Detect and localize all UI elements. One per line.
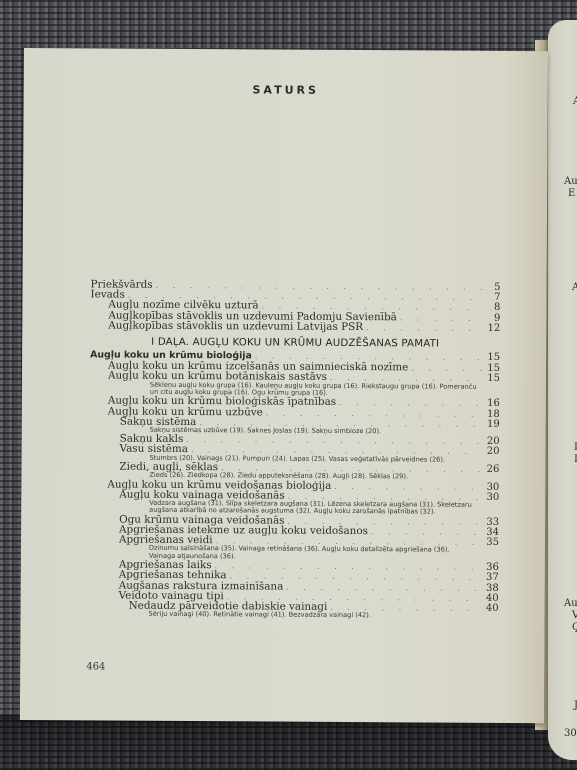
facing-page-fragment: 30 <box>564 728 577 739</box>
facing-page-fragment: Au <box>564 176 577 187</box>
leader-dots <box>366 323 482 334</box>
toc-entry: Augļkopības stāvoklis un uzdevumi Latvij… <box>90 320 500 333</box>
facing-page-fragment: Ç <box>572 622 577 633</box>
toc-page-number: 15 <box>482 353 500 363</box>
facing-page-fragment: A <box>573 96 577 107</box>
toc-subtopics: Sēriju vainagi (40). Retinātie vainagi (… <box>89 611 499 621</box>
facing-page-fragment: V <box>572 610 577 621</box>
toc-page-number: 12 <box>482 324 500 334</box>
page-number: 464 <box>86 661 105 672</box>
facing-page-fragment: Au <box>564 598 577 609</box>
facing-page: A Au E A L L Au V Ç J 30 <box>548 20 577 760</box>
page-title: SATURS <box>24 82 548 98</box>
facing-page-fragment: A <box>572 282 577 293</box>
table-of-contents: Priekšvārds5 Ievads7 Augļu nozīme cilvēk… <box>89 279 501 620</box>
facing-page-fragment: E <box>568 188 575 199</box>
book-page: SATURS Priekšvārds5 Ievads7 Augļu nozīme… <box>20 48 548 723</box>
toc-entry-label: Augļkopības stāvoklis un uzdevumi Latvij… <box>108 320 366 332</box>
table-surface-shadow <box>0 715 577 770</box>
